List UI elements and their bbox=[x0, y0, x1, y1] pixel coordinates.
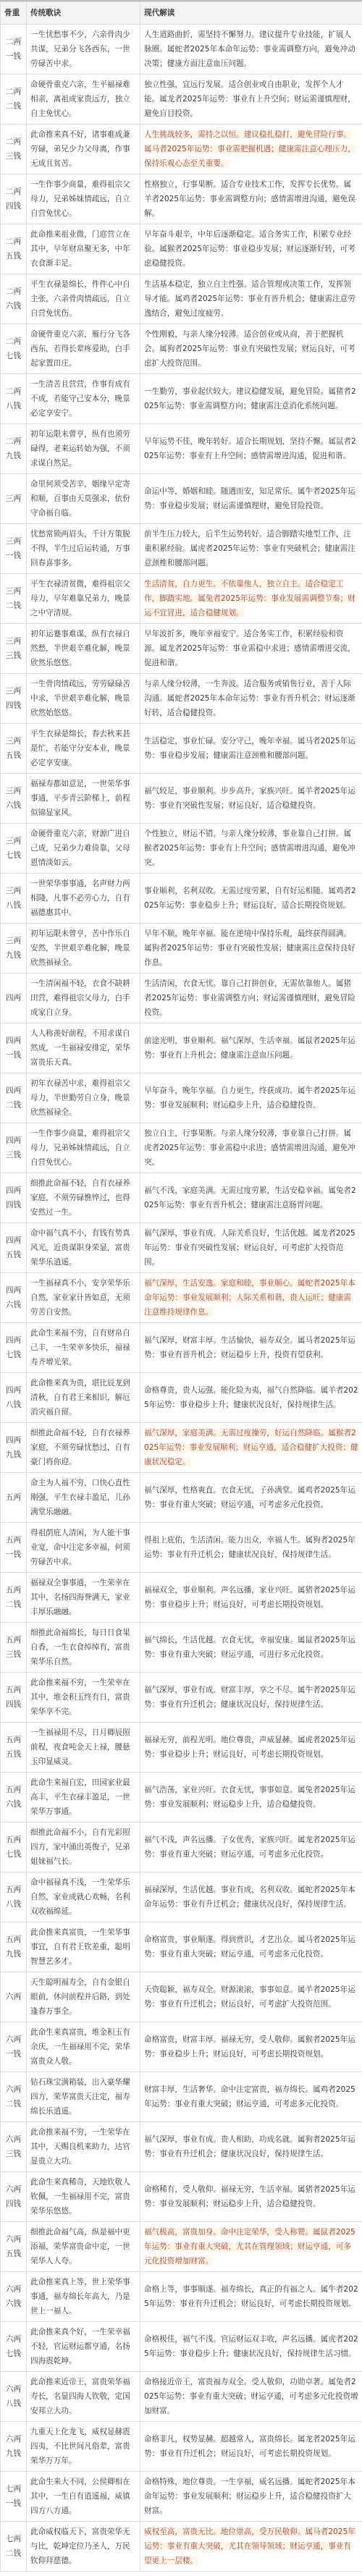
traditional-verse-cell: 此命推来真不好，诸事难成兼劳碌，弟兄少力父母离，作事无成且贫苦。 bbox=[27, 124, 140, 174]
bone-weight-cell: 四两 bbox=[1, 974, 27, 1023]
bone-weight-cell: 三两三钱 bbox=[1, 624, 27, 674]
modern-reading-cell: 独立自主，行事果断。与亲人缘分较薄，事业靠自己打拼。属虎者2025年运势：事业需… bbox=[140, 1123, 362, 1173]
table-row: 五两八钱命中福禄真不浅，一生荣华乐自然，家业成就心欢畅，名利双收福绵延。福禄深厚… bbox=[1, 1872, 362, 1922]
modern-reading-cell: 财富丰厚，生活奢华。命中注定富贵，福寿绵长。属鸡者2025年运势：事业有重大突破… bbox=[140, 2072, 362, 2122]
traditional-verse-cell: 细推此命福不轻，自有衣禄养家庭，不须劳碌憔悴过，也得安然过一生。 bbox=[27, 1173, 140, 1223]
table-row: 三两八钱一世荣华事事通，名声财力两相隆，凡事不必劳心力，自有福德惠其中。事业顺利… bbox=[1, 874, 362, 924]
bone-weight-cell: 五两七钱 bbox=[1, 1823, 27, 1872]
table-row: 五两命主为人福不穷，口快心直性刚强，平生衣禄丰盈足，儿孙满堂乐融融。福气深厚，性… bbox=[1, 1473, 362, 1523]
table-row: 六两天生聪明福寿全，自有金银自眼前，休问前程并后路，到处逢春万事全。天资聪颖，福… bbox=[1, 1972, 362, 2022]
traditional-verse-cell: 一生作事少商量，难得祖宗父母力，兄弟姊妹情疏远，自立自营免忧心。 bbox=[27, 174, 140, 224]
bone-weight-cell: 六两一钱 bbox=[1, 2022, 27, 2072]
modern-reading-cell: 命格尊贵，贵人运强。能化险为夷，福气自然降临。属羊者2025年运势：事业稳步上升… bbox=[140, 1373, 362, 1423]
traditional-verse-cell: 一生福禄用不尽，日月卿辰照前程，夜食吨金天上禄，腰悬玉印显威灵。 bbox=[27, 1723, 140, 1773]
traditional-verse-cell: 平生衣禄是绵长，春去秋来甚是忙，若能守分安本业，晚景必定享安康。 bbox=[27, 724, 140, 774]
traditional-verse-cell: 此命推来福不穷，一生荣幸在其中，堆金积玉终有日，富贵荣华享不完。 bbox=[27, 1673, 140, 1723]
modern-reading-cell: 福禄深厚，生活优越。事业有成，名利双收。属蛇者2025年本命年运势：事业有升迁机… bbox=[140, 1872, 362, 1922]
traditional-verse-cell: 命里何须受苦辛，姻缘早定寄和顺，百事由天莫强求，依份守命福自临。 bbox=[27, 474, 140, 524]
modern-reading-cell: 一生勤劳，事业起伏较大。建议稳健发展，避免冒险。属猪者2025年运势：事业需调整… bbox=[140, 374, 362, 424]
bone-weight-cell: 三两六钱 bbox=[1, 774, 27, 824]
bone-weight-cell: 二两七钱 bbox=[1, 324, 27, 374]
table-row: 七两二钱此命威权临天下，富贵荣华无与比，乾坤定位乃圣人，万民钦仰拜慈德。威权至高… bbox=[1, 2522, 362, 2572]
table-row: 二两三钱此命推来真不好，诸事难成兼劳碌，弟兄少力父母离，作事无成且贫苦。人生挑战… bbox=[1, 124, 362, 174]
traditional-verse-cell: 平生衣禄是绵长，件件心中自主张，六亲骨肉情疏远，自立自营免忧伤。 bbox=[27, 274, 140, 324]
traditional-verse-cell: 细推此命福气高，纵是福中更添福，荣华富贵命中定，一世荣华人人夸。 bbox=[27, 2222, 140, 2272]
bone-weight-cell: 五两一钱 bbox=[1, 1523, 27, 1573]
bone-weight-cell: 二两二钱 bbox=[1, 75, 27, 124]
bone-weight-cell: 四两八钱 bbox=[1, 1373, 27, 1423]
table-row: 二两九钱初年运限未曾亨，纵有也须劳碌得，老来运转始为强，不须求谋自然足。早年运势… bbox=[1, 424, 362, 474]
table-row: 三两五钱平生衣禄是绵长，春去秋来甚是忙，若能守分安本业，晚景必定享安康。生活稳定… bbox=[1, 724, 362, 774]
bone-weight-cell: 三两七钱 bbox=[1, 824, 27, 874]
traditional-verse-cell: 此命生来大不同，公侯卿相在其中，一生自有逍遥福，威镇四方八方通。 bbox=[27, 2472, 140, 2522]
bone-weight-cell: 二两八钱 bbox=[1, 374, 27, 424]
header-verse: 传统歌诀 bbox=[27, 2, 140, 25]
table-row: 四两六钱一生福禄真不小，安享荣华乐自然，家业家计皆如意，无须劳苦自安然。福气深厚… bbox=[1, 1273, 362, 1323]
traditional-verse-cell: 细推此命福不轻，自有衣禄养家庭，不须劳碌忧愁过，自有豪门将你迎。 bbox=[27, 1423, 140, 1473]
table-row: 二两四钱一生作事少商量，难得祖宗父母力，兄弟姊妹情疏远，自立自营免忧心。性格独立… bbox=[1, 174, 362, 224]
table-row: 四两一钱人人称羡好前程，不用求谋自然成，一生福禄安排定，荣华富贵乐天真。前途光明… bbox=[1, 1023, 362, 1073]
traditional-verse-cell: 天生聪明福寿全，自有金银自眼前，休问前程并后路，到处逢春万事全。 bbox=[27, 1972, 140, 2022]
table-row: 五两三钱细推此命福绵长，每日日食果自香，一生衣食绰绰有，富贵荣华乐自然。福气绵长… bbox=[1, 1623, 362, 1673]
bone-weight-cell: 五两六钱 bbox=[1, 1773, 27, 1823]
modern-reading-cell: 生活清闲，衣食无忧。靠自己打拼创业，无需依靠他人。属猪者2025年运势：事业需调… bbox=[140, 974, 362, 1023]
modern-reading-cell: 福禄双全，事业顺利。声名远播，家业兴旺。属猪者2025年运势：事业稳步上升；财运… bbox=[140, 1573, 362, 1623]
bone-weight-cell: 四两九钱 bbox=[1, 1423, 27, 1473]
traditional-verse-cell: 此命推来福不穷，一生荣华在其中，天赐良机来助力，达官显贵立大功。 bbox=[27, 2122, 140, 2172]
table-row: 四两七钱此命生来福不穷，自有财帛自己丰，一生荣幸多快乐，福禄寿齐增光荣。福气深厚… bbox=[1, 1323, 362, 1373]
modern-reading-cell: 福气不浅，声名远播。子女优秀，家族兴旺。属龙者2025年运势：事业有重大突破；财… bbox=[140, 1823, 362, 1872]
highlighted-reading-text: 福气深厚，生活安逸。家庭和睦，事业顺心。属蛇者2025年本命年运势：事业发展顺利… bbox=[144, 1279, 355, 1317]
table-row: 六两四钱此命生来真稀奇，天地钦敬人钦佩，一生福禄用不完，富贵荣华乐悠悠。命格稀有… bbox=[1, 2172, 362, 2222]
modern-reading-cell: 命格接近帝王，富贵福寿双全。受人敬仰，功勋卓著。属兔者2025年运势：事业有重大… bbox=[140, 2372, 362, 2422]
table-row: 三两七钱命硬骨重克六亲，财源广进自己成，兄弟少力难倚靠，父母恩情淡如云。个性独立… bbox=[1, 824, 362, 874]
bone-weight-cell: 二两一钱 bbox=[1, 25, 27, 75]
header-reading: 现代解读 bbox=[140, 2, 362, 25]
highlighted-reading-text: 人生挑战较多，需持之以恒。建议稳扎稳打，避免冒险行事。属马者2025年运势：事业… bbox=[144, 130, 355, 168]
table-row: 五两四钱此命推来福不穷，一生荣幸在其中，堆金积玉终有日，富贵荣华享不完。福气深厚… bbox=[1, 1673, 362, 1723]
bone-weight-cell: 五两五钱 bbox=[1, 1723, 27, 1773]
bone-weight-cell: 六两九钱 bbox=[1, 2422, 27, 2472]
bone-weight-cell: 四两六钱 bbox=[1, 1273, 27, 1323]
table-row: 六两三钱此命推来福不穷，一生荣华在其中，天赐良机来助力，达官显贵立大功。福气深厚… bbox=[1, 2122, 362, 2172]
bone-weight-cell: 四两一钱 bbox=[1, 1023, 27, 1073]
modern-reading-cell: 福气深厚，事业有成。人际关系良好，生活优越。属龙者2025年运势：事业有突破性发… bbox=[140, 1223, 362, 1273]
traditional-verse-cell: 人人称羡好前程，不用求谋自然成，一生福禄安排定，荣华富贵乐天真。 bbox=[27, 1023, 140, 1073]
table-row: 六两八钱此命推来近帝王，富贵荣华福寿长，名显四海人钦敬，定国安邦立大功。命格接近… bbox=[1, 2372, 362, 2422]
modern-reading-cell: 福气不浅，家庭美满。无需过度劳累，生活安稳幸福。属兔者2025年运势：事业有晋升… bbox=[140, 1173, 362, 1223]
table-row: 三两二钱平生衣禄清贫微，难得祖宗父母力，早年难靠兄弟力，晚景之中守清规。生活清贫… bbox=[1, 574, 362, 624]
bone-weight-cell: 三两九钱 bbox=[1, 924, 27, 974]
bone-weight-cell: 五两三钱 bbox=[1, 1623, 27, 1673]
bone-weight-cell: 二两四钱 bbox=[1, 174, 27, 224]
bone-weight-cell: 六两六钱 bbox=[1, 2272, 27, 2322]
modern-reading-cell: 与亲人缘分较薄，一生奔波。适合服务或销售行业，善于人际沟通。属蛇者2025年本命… bbox=[140, 674, 362, 724]
traditional-verse-cell: 此命推来真为贵，堪比辰龙到清秋，自有君王来相识，解厄消灾福自留。 bbox=[27, 1373, 140, 1423]
traditional-verse-cell: 初年运蹇事难谋，纵有衣禄自然愁，半世艰辛难化解，晚景欣然乐悠悠。 bbox=[27, 624, 140, 674]
bone-weight-cell: 三两八钱 bbox=[1, 874, 27, 924]
table-row: 五两九钱此命推来真富贵，一生荣华事事宜，自有君王钦差重，聪明智慧艺多才。命格富贵… bbox=[1, 1922, 362, 1972]
table-row: 四两五钱命中福气真不小，有钱有势真风光，近贵谋职身荣显，富贵荣华乐逍遥。福气深厚… bbox=[1, 1223, 362, 1273]
traditional-verse-cell: 钻石珠宝满箱装，出入豪华耀四方，荣华富贵天注定，福寿绵长乐逍遥。 bbox=[27, 2072, 140, 2122]
table-row: 四两八钱此命推来真为贵，堪比辰龙到清秋，自有君王来相识，解厄消灾福自留。命格尊贵… bbox=[1, 1373, 362, 1423]
table-row: 三两四钱一生骨肉情疏远，劳劳碌碌苦中求，半世艰辛难化解，晚景欣然始悠悠。与亲人缘… bbox=[1, 674, 362, 724]
modern-reading-cell: 独立性强，宜远行发展。适合创业或自由职业，发挥个人才能。属龙者2025年运势：事… bbox=[140, 75, 362, 124]
modern-reading-cell: 命格非凡，权势显赫。超越常人，富贵绵长。属龙者2025年运势：事业有升迁机会；财… bbox=[140, 2422, 362, 2472]
traditional-verse-cell: 初年运限未曾亨，纵有也须劳碌得，老来运转始为强，不须求谋自然足。 bbox=[27, 424, 140, 474]
table-row: 四两三钱一生作事少商量，难得祖宗父母力，兄弟姊妹情疏远，自立自营免忧心。独立自主… bbox=[1, 1123, 362, 1173]
bone-weight-cell: 四两四钱 bbox=[1, 1173, 27, 1223]
modern-reading-cell: 人生道路曲折，需坚持不懈努力。建议提升专业技能，扩展人脉圈。属蛇者2025年本命… bbox=[140, 25, 362, 75]
bone-weight-cell: 五两 bbox=[1, 1473, 27, 1523]
modern-reading-cell: 前途光明，事业顺利。福气深厚，生活幸福。属鼠者2025年运势：事业有上升机会；健… bbox=[140, 1023, 362, 1073]
bone-weight-cell: 六两二钱 bbox=[1, 2072, 27, 2122]
highlighted-reading-text: 生活清贫，自力更生。不依靠他人，独立自主。适合稳定工作，脚踏实地。属兔者2025… bbox=[144, 580, 355, 617]
traditional-verse-cell: 命中福禄真不浅，一生荣华乐自然，家业成就心欢畅，名利双收福绵延。 bbox=[27, 1872, 140, 1922]
traditional-verse-cell: 得祖荫庇人清闲，为人能干事业宽，命中注定多幸福，何须劳碌苦中求。 bbox=[27, 1523, 140, 1573]
modern-reading-cell: 人生挑战较多，需持之以恒。建议稳扎稳打，避免冒险行事。属马者2025年运势：事业… bbox=[140, 124, 362, 174]
bone-weight-cell: 六两 bbox=[1, 1972, 27, 2022]
bone-weight-cell: 四两二钱 bbox=[1, 1073, 27, 1123]
traditional-verse-cell: 忧愁常锁两眉头，千计万策脱不得，半生过后运转通，万事回春喜事多。 bbox=[27, 524, 140, 574]
table-row: 二两二钱命硬骨重克六亲，生平福禄难相亲，离祖成家贵远方，独立自主免忧心。独立性强… bbox=[1, 75, 362, 124]
traditional-verse-cell: 命主为人福不穷，口快心直性刚强，平生衣禄丰盈足，儿孙满堂乐融融。 bbox=[27, 1473, 140, 1523]
bone-weight-cell: 五两八钱 bbox=[1, 1872, 27, 1922]
traditional-verse-cell: 初年衣禄苦中求，难得祖宗父母力，半世勤劳自立身，晚景欣然福禄全。 bbox=[27, 1073, 140, 1123]
modern-reading-cell: 福禄无穷，前程光明。地位尊贵，声威显赫。属虎者2025年运势：事业稳步上升；财运… bbox=[140, 1723, 362, 1773]
modern-reading-cell: 得祖上庇佑，生活清闲。能力出众，幸福人生。属狗者2025年运势：事业有升迁机会；… bbox=[140, 1523, 362, 1573]
table-row: 二两八钱一生清苦且营营，作事有成有不成，若能守己安本分，晚景必定享安宁。一生勤劳… bbox=[1, 374, 362, 424]
highlighted-reading-text: 福气极高，富贵加身。命中注定荣华，受人称赞。属鼠者2025年运势：事业有重大突破… bbox=[144, 2228, 355, 2265]
modern-reading-cell: 福气深厚，家庭美满。无需过度操劳，好运自然降临。属猴者2025年运势：事业发展顺… bbox=[140, 1423, 362, 1473]
modern-reading-cell: 命运中等，婚姻和睦。随遇而安，知足常乐。属牛者2025年运势：事业稳步发展；财运… bbox=[140, 474, 362, 524]
traditional-verse-cell: 一生忧愁事不少，六亲骨肉少共谋，兄弟分飞各西东，一世劳碌苦中求。 bbox=[27, 25, 140, 75]
modern-reading-cell: 福气深厚，生活安逸。家庭和睦，事业顺心。属蛇者2025年本命年运势：事业发展顺利… bbox=[140, 1273, 362, 1323]
modern-reading-cell: 前半生压力较大，后半生运势转好。适合脚踏实地型工作，注重积累经验。属虎者2025… bbox=[140, 524, 362, 574]
modern-reading-cell: 命格极佳，福气不浅。官运财运双丰收，声名远播。属虎者2025年运势：事业稳步上升… bbox=[140, 2322, 362, 2372]
bone-weight-cell: 五两九钱 bbox=[1, 1922, 27, 1972]
modern-reading-cell: 早年奋斗艰辛，中年后逐渐稳定。适合务实工作，积累专业经验。属猴者2025年运势：… bbox=[140, 224, 362, 274]
modern-reading-cell: 命格稀有，受人敬仰。福禄无穷，生活幸福。属猪者2025年运势：事业发展顺利；财运… bbox=[140, 2172, 362, 2222]
table-header-row: 骨重 传统歌诀 现代解读 bbox=[1, 2, 362, 25]
table-row: 六两五钱细推此命福气高，纵是福中更添福，荣华富贵命中定，一世荣华人人夸。福气极高… bbox=[1, 2222, 362, 2272]
table-row: 五两一钱得祖荫庇人清闲，为人能干事业宽，命中注定多幸福，何须劳碌苦中求。得祖上庇… bbox=[1, 1523, 362, 1573]
modern-reading-cell: 命格富贵，财富丰厚。福禄无穷，受人敬仰。属猴者2025年运势：事业稳步上升；财运… bbox=[140, 2022, 362, 2072]
table-row: 五两五钱一生福禄用不尽，日月卿辰照前程，夜食吨金天上禄，腰悬玉印显威灵。福禄无穷… bbox=[1, 1723, 362, 1773]
bone-weight-table: 骨重 传统歌诀 现代解读 二两一钱一生忧愁事不少，六亲骨肉少共谋，兄弟分飞各西东… bbox=[0, 1, 362, 2572]
traditional-verse-cell: 此命生来福自宏，田园家业最高丰，平生衣禄丰盈足，一世荣华万事通。 bbox=[27, 1773, 140, 1823]
bone-weight-cell: 五两二钱 bbox=[1, 1573, 27, 1623]
bone-weight-cell: 三两四钱 bbox=[1, 674, 27, 724]
table-row: 二两一钱一生忧愁事不少，六亲骨肉少共谋，兄弟分飞各西东，一世劳碌苦中求。人生道路… bbox=[1, 25, 362, 75]
modern-reading-cell: 早年不顺，晚年幸福。能在逆境中保持乐观，最终获得圆满。属狗者2025年运势：事业… bbox=[140, 924, 362, 974]
traditional-verse-cell: 此命推来近帝王，富贵荣华福寿长，名显四海人钦敬，定国安邦立大功。 bbox=[27, 2372, 140, 2422]
table-row: 二两六钱平生衣禄是绵长，件件心中自主张，六亲骨肉情疏远，自立自营免忧伤。生活基本… bbox=[1, 274, 362, 324]
traditional-verse-cell: 一世荣华事事通，名声财力两相隆，凡事不必劳心力，自有福德惠其中。 bbox=[27, 874, 140, 924]
bone-weight-cell: 五两四钱 bbox=[1, 1673, 27, 1723]
table-body: 二两一钱一生忧愁事不少，六亲骨肉少共谋，兄弟分飞各西东，一世劳碌苦中求。人生道路… bbox=[1, 25, 362, 2572]
bone-weight-cell: 七两二钱 bbox=[1, 2522, 27, 2572]
traditional-verse-cell: 初年运限未曾亨，苦中作乐自安然，半世艰辛难化解，晚景欣然福禄全。 bbox=[27, 924, 140, 974]
table-row: 四两四钱细推此命福不轻，自有衣禄养家庭，不须劳碌憔悴过，也得安然过一生。福气不浅… bbox=[1, 1173, 362, 1223]
header-weight: 骨重 bbox=[1, 2, 27, 25]
traditional-verse-cell: 九重天上化龙飞，威权显赫震四夷，不比世间凡俗辈，富贵荣华万万年。 bbox=[27, 2422, 140, 2472]
modern-reading-cell: 生活清贫，自力更生。不依靠他人，独立自主。适合稳定工作，脚踏实地。属兔者2025… bbox=[140, 574, 362, 624]
bone-weight-cell: 七两一钱 bbox=[1, 2472, 27, 2522]
traditional-verse-cell: 平生衣禄清贫微，难得祖宗父母力，早年难靠兄弟力，晚景之中守清规。 bbox=[27, 574, 140, 624]
modern-reading-cell: 福气极高，富贵加身。命中注定荣华，受人称赞。属鼠者2025年运势：事业有重大突破… bbox=[140, 2222, 362, 2272]
table-row: 五两七钱细推此命福不小，自有光彩照四方，家中涌出英俊子，兄弟姐妹福气长。福气不浅… bbox=[1, 1823, 362, 1872]
traditional-verse-cell: 一生清闲福不轻，衣食不缺耕田营，难得祖宗父母力，白手成家自立身。 bbox=[27, 974, 140, 1023]
traditional-verse-cell: 此命生来福不穷，自有财帛自己丰，一生荣幸多快乐，福禄寿齐增光荣。 bbox=[27, 1323, 140, 1373]
bone-weight-cell: 三两一钱 bbox=[1, 524, 27, 574]
traditional-verse-cell: 命硬骨重克六亲，财源广进自己成，兄弟少力难倚靠，父母恩情淡如云。 bbox=[27, 824, 140, 874]
modern-reading-cell: 福气浩荡，家业兴旺。衣食无忧，事事如意。属兔者2025年运势：事业发展顺利；财运… bbox=[140, 1773, 362, 1823]
traditional-verse-cell: 命中福气真不小，有钱有势真风光，近贵谋职身荣显，富贵荣华乐逍遥。 bbox=[27, 1223, 140, 1273]
modern-reading-cell: 福气较足，事业顺利。步步高升，家族兴旺。属羊者2025年运势：事业有突破性发展；… bbox=[140, 774, 362, 824]
modern-reading-cell: 早年运势不佳，晚年转好。适合长期规划，坚持不懈。属鼠者2025年运势：事业有上升… bbox=[140, 424, 362, 474]
modern-reading-cell: 早年奋斗，晚年享福。自力更生，终获成功。属牛者2025年运势：事业发展顺利；财运… bbox=[140, 1073, 362, 1123]
modern-reading-cell: 命格富贵，事业顺遂。得到赏识，才艺出众。属马者2025年运势：事业有重大突破；财… bbox=[140, 1922, 362, 1972]
traditional-verse-cell: 福禄寿都如意足，一世荣华事事通，平步青云阶梯上，前程似锦显家风。 bbox=[27, 774, 140, 824]
modern-reading-cell: 福气深厚，事业有成。贵人相助，功成名就。属狗者2025年运势：事业有升迁机会；健… bbox=[140, 2122, 362, 2172]
traditional-verse-cell: 一生清苦且营营，作事有成有不成，若能守己安本分，晚景必定享安宁。 bbox=[27, 374, 140, 424]
traditional-verse-cell: 此命威权临天下，富贵荣华无与比，乾坤定位乃圣人，万民钦仰拜慈德。 bbox=[27, 2522, 140, 2572]
bone-weight-cell: 二两六钱 bbox=[1, 274, 27, 324]
table-row: 五两六钱此命生来福自宏，田园家业最高丰，平生衣禄丰盈足，一世荣华万事通。福气浩荡… bbox=[1, 1773, 362, 1823]
table-row: 三两命里何须受苦辛，姻缘早定寄和顺，百事由天莫强求，依份守命福自临。命运中等，婚… bbox=[1, 474, 362, 524]
table-row: 二两七钱命硬骨重克六亲，雁行分飞各西东，若得长辈疼爱助，白手起家置田庄。个性刚毅… bbox=[1, 324, 362, 374]
bone-weight-cell: 六两四钱 bbox=[1, 2172, 27, 2222]
highlighted-reading-text: 福气深厚，家庭美满。无需过度操劳，好运自然降临。属猴者2025年运势：事业发展顺… bbox=[144, 1429, 358, 1466]
modern-reading-cell: 个性刚毅，与亲人缘分较薄。适合创业或从商，善于把握机会。属狗者2025年运势：事… bbox=[140, 324, 362, 374]
modern-reading-cell: 福气深厚，性格爽直。衣食无忧，子孙满堂。属鸡者2025年运势：事业有重大突破；财… bbox=[140, 1473, 362, 1523]
traditional-verse-cell: 命硬骨重克六亲，生平福禄难相亲，离祖成家贵远方，独立自主免忧心。 bbox=[27, 75, 140, 124]
bone-weight-cell: 二两五钱 bbox=[1, 224, 27, 274]
table-row: 四两一生清闲福不轻，衣食不缺耕田营，难得祖宗父母力，白手成家自立身。生活清闲，衣… bbox=[1, 974, 362, 1023]
modern-reading-cell: 福气深厚，事业有成。财富丰厚，享之不尽。属牛者2025年运势：事业有升迁机会；健… bbox=[140, 1673, 362, 1723]
bone-weight-cell: 三两 bbox=[1, 474, 27, 524]
table-row: 三两六钱福禄寿都如意足，一世荣华事事通，平步青云阶梯上，前程似锦显家风。福气较足… bbox=[1, 774, 362, 824]
traditional-verse-cell: 此命生来真稀奇，天地钦敬人钦佩，一生福禄用不完，富贵荣华乐悠悠。 bbox=[27, 2172, 140, 2222]
table-row: 三两一钱忧愁常锁两眉头，千计万策脱不得，半生过后运转通，万事回春喜事多。前半生压… bbox=[1, 524, 362, 574]
table-row: 六两六钱此命推来真上等，世上荣华事事通，福寿绵长年高大，乃是世上一福人。命格上等… bbox=[1, 2272, 362, 2322]
modern-reading-cell: 早年波折多，晚年幸福安宁。适合务实工作，积累经验和资源。属龙者2025年运势：事… bbox=[140, 624, 362, 674]
table-row: 六两一钱此命生来真富贵，堆金积玉有余庆，一生福禄用不完，荣华富贵众人敬。命格富贵… bbox=[1, 2022, 362, 2072]
traditional-verse-cell: 此命推来真个好，一生荣幸福不轻，官运财运都亨通，名扬四海震乾坤。 bbox=[27, 2322, 140, 2372]
bone-weight-cell: 六两五钱 bbox=[1, 2222, 27, 2272]
traditional-verse-cell: 一生骨肉情疏远，劳劳碌碌苦中求，半世艰辛难化解，晚景欣然始悠悠。 bbox=[27, 674, 140, 724]
table-row: 七两一钱此命生来大不同，公侯卿相在其中，一生自有逍遥福，威镇四方八方通。命格特殊… bbox=[1, 2472, 362, 2522]
modern-reading-cell: 生活稳定，事业忙碌。安分守己，晚年幸福。属马者2025年运势：事业稳步发展；健康… bbox=[140, 724, 362, 774]
highlighted-reading-text: 威权至高，富贵无比。地位崇高，受万民敬仰。属马者2025年运势：事业有重大突破，… bbox=[144, 2528, 355, 2565]
table-row: 六两二钱钻石珠宝满箱装，出入豪华耀四方，荣华富贵天注定，福寿绵长乐逍遥。财富丰厚… bbox=[1, 2072, 362, 2122]
table-row: 六两九钱九重天上化龙飞，威权显赫震四夷，不比世间凡俗辈，富贵荣华万万年。命格非凡… bbox=[1, 2422, 362, 2472]
traditional-verse-cell: 此命推来真富贵，一生荣华事事宜，自有君王钦差重，聪明智慧艺多才。 bbox=[27, 1922, 140, 1972]
modern-reading-cell: 个性独立，财运不错。与亲人缘分较薄，事业靠自己打拼。属猴者2025年运势：事业有… bbox=[140, 824, 362, 874]
traditional-verse-cell: 命硬骨重克六亲，雁行分飞各西东，若得长辈疼爱助，白手起家置田庄。 bbox=[27, 324, 140, 374]
bone-weight-cell: 二两九钱 bbox=[1, 424, 27, 474]
modern-reading-cell: 事业顺利，名利双收。无需过度劳累，自有好运相随。属鸡者2025年运势：事业稳步上… bbox=[140, 874, 362, 924]
traditional-verse-cell: 此命推来真上等，世上荣华事事通，福寿绵长年高大，乃是世上一福人。 bbox=[27, 2272, 140, 2322]
modern-reading-cell: 天资聪颖，福寿双全。财源滚滚，事事如意。属羊者2025年运势：事业有升迁机会；财… bbox=[140, 1972, 362, 2022]
table-row: 三两三钱初年运蹇事难谋，纵有衣禄自然愁，半世艰辛难化解，晚景欣然乐悠悠。早年波折… bbox=[1, 624, 362, 674]
bone-weight-cell: 六两七钱 bbox=[1, 2322, 27, 2372]
modern-reading-cell: 福气深厚，财富丰厚。生活愉快，福寿双全。属马者2025年运势：事业有晋升机会；财… bbox=[140, 1323, 362, 1373]
modern-reading-cell: 命格上等，事事顺遂。福寿绵长，真正的有福之人。属牛者2025年运势：事业有升迁机… bbox=[140, 2272, 362, 2322]
bone-weight-cell: 二两三钱 bbox=[1, 124, 27, 174]
traditional-verse-cell: 此命推来祖业微，门庭营立在其中，早年财帛聚无多，中年衣食渐丰足。 bbox=[27, 224, 140, 274]
table-row: 四两九钱细推此命福不轻，自有衣禄养家庭，不须劳碌忧愁过，自有豪门将你迎。福气深厚… bbox=[1, 1423, 362, 1473]
bone-weight-cell: 六两三钱 bbox=[1, 2122, 27, 2172]
bone-weight-cell: 三两二钱 bbox=[1, 574, 27, 624]
bone-weight-cell: 六两八钱 bbox=[1, 2372, 27, 2422]
traditional-verse-cell: 细推此命福不小，自有光彩照四方，家中涌出英俊子，兄弟姐妹福气长。 bbox=[27, 1823, 140, 1872]
bone-weight-cell: 四两七钱 bbox=[1, 1323, 27, 1373]
traditional-verse-cell: 此命生来真富贵，堆金积玉有余庆，一生福禄用不完，荣华富贵众人敬。 bbox=[27, 2022, 140, 2072]
table-row: 六两七钱此命推来真个好，一生荣幸福不轻，官运财运都亨通，名扬四海震乾坤。命格极佳… bbox=[1, 2322, 362, 2372]
modern-reading-cell: 生活基本稳定，独立自主性强。适合管理或决策工作，发挥领导才能。属鸡者2025年运… bbox=[140, 274, 362, 324]
modern-reading-cell: 威权至高，富贵无比。地位崇高，受万民敬仰。属马者2025年运势：事业有重大突破，… bbox=[140, 2522, 362, 2572]
modern-reading-cell: 命格特殊，地位尊贵。一生享福，威名远播。属蛇者2025年本命年运势：事业发展顺利… bbox=[140, 2472, 362, 2522]
traditional-verse-cell: 细推此命福绵长，每日日食果自香，一生衣食绰绰有，富贵荣华乐自然。 bbox=[27, 1623, 140, 1673]
bone-weight-cell: 四两五钱 bbox=[1, 1223, 27, 1273]
traditional-verse-cell: 一生福禄真不小，安享荣华乐自然，家业家计皆如意，无须劳苦自安然。 bbox=[27, 1273, 140, 1323]
traditional-verse-cell: 福禄双全事事通，一生荣幸在其中，名扬四海誉满天，家业丰厚乐融融。 bbox=[27, 1573, 140, 1623]
table-row: 二两五钱此命推来祖业微，门庭营立在其中，早年财帛聚无多，中年衣食渐丰足。早年奋斗… bbox=[1, 224, 362, 274]
modern-reading-cell: 性格独立，行事果断。适合专业技术工作，发挥专长优势。属羊者2025年运势：事业需… bbox=[140, 174, 362, 224]
table-row: 五两二钱福禄双全事事通，一生荣幸在其中，名扬四海誉满天，家业丰厚乐融融。福禄双全… bbox=[1, 1573, 362, 1623]
bone-weight-cell: 三两五钱 bbox=[1, 724, 27, 774]
modern-reading-cell: 福气绵长，生活优越。衣食无忧，幸福安康。属鼠者2025年运势：事业有重大突破；财… bbox=[140, 1623, 362, 1673]
traditional-verse-cell: 一生作事少商量，难得祖宗父母力，兄弟姊妹情疏远，自立自营免忧心。 bbox=[27, 1123, 140, 1173]
table-row: 四两二钱初年衣禄苦中求，难得祖宗父母力，半世勤劳自立身，晚景欣然福禄全。早年奋斗… bbox=[1, 1073, 362, 1123]
bone-weight-cell: 四两三钱 bbox=[1, 1123, 27, 1173]
table-row: 三两九钱初年运限未曾亨，苦中作乐自安然，半世艰辛难化解，晚景欣然福禄全。早年不顺… bbox=[1, 924, 362, 974]
bone-weight-table-container: 骨重 传统歌诀 现代解读 二两一钱一生忧愁事不少，六亲骨肉少共谋，兄弟分飞各西东… bbox=[0, 0, 362, 2572]
